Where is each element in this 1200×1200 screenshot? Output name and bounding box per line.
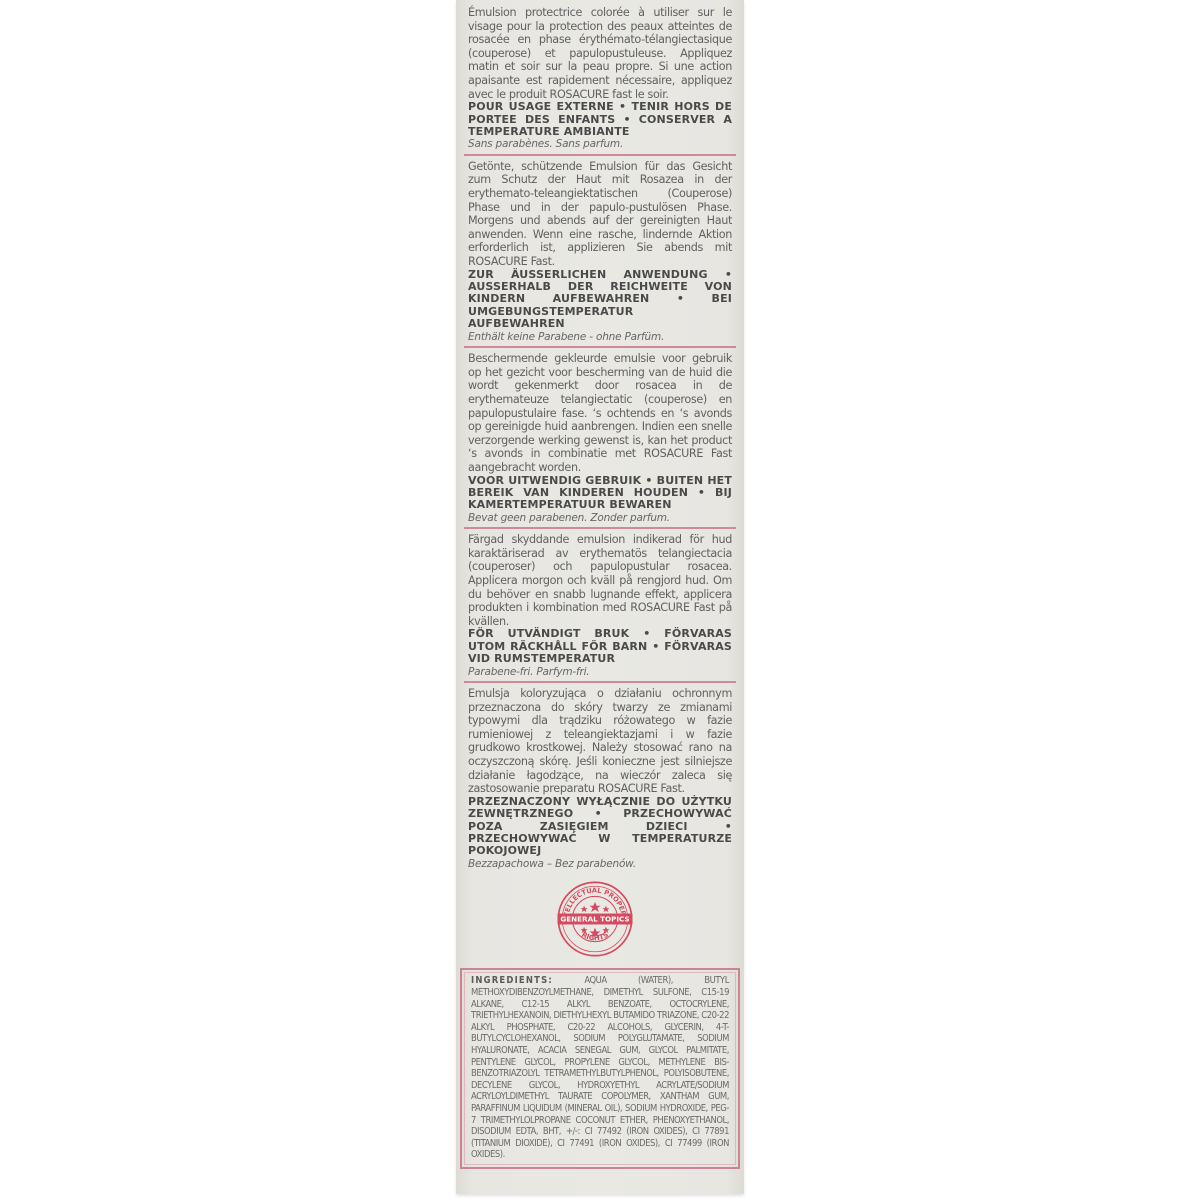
section-divider [464,346,736,348]
ingredients-label: INGREDIENTS: [471,975,553,986]
stamp-center-text: GENERAL TOPICS [560,915,629,924]
formula-note: Parabene-fri. Parfym-fri. [468,666,732,679]
section-german: Getönte, schützende Emulsion für das Ges… [468,160,732,348]
section-polish: Emulsja koloryzująca o działaniu ochronn… [468,687,732,870]
formula-note: Sans parabènes. Sans parfum. [468,138,732,151]
ingredients-list: AQUA (WATER), BUTYL METHOXYDIBENZOYLMETH… [471,975,729,1160]
star-seal-icon: INTELLECTUAL PROPERTY RIGHTS GENERAL TOP… [556,880,634,958]
page: Émulsion protectrice colorée à utiliser … [0,0,1200,1200]
usage-description: Getönte, schützende Emulsion für das Ges… [468,160,732,269]
safety-warning: ZUR ÄUSSERLICHEN ANWENDUNG • AUSSERHALB … [468,269,732,331]
section-swedish: Färgad skyddande emulsion indikerad för … [468,533,732,683]
usage-description: Färgad skyddande emulsion indikerad för … [468,533,732,628]
usage-description: Emulsja koloryzująca o działaniu ochronn… [468,687,732,796]
usage-description: Émulsion protectrice colorée à utiliser … [468,6,732,101]
formula-note: Bezzapachowa – Bez parabenów. [468,858,732,871]
safety-warning: FÖR UTVÄNDIGT BRUK • FÖRVARAS UTOM RÄCKH… [468,628,732,665]
safety-warning: VOOR UITWENDIG GEBRUIK • BUITEN HET BERE… [468,475,732,512]
section-divider [464,681,736,683]
safety-warning: PRZEZNACZONY WYŁĄCZNIE DO UŻYTKU ZEWNĘTR… [468,796,732,858]
usage-description: Beschermende gekleurde emulsie voor gebr… [468,352,732,474]
section-divider [464,154,736,156]
formula-note: Bevat geen parabenen. Zonder parfum. [468,512,732,525]
panel-content: Émulsion protectrice colorée à utiliser … [468,6,732,1169]
package-side-panel: Émulsion protectrice colorée à utiliser … [456,0,744,1194]
formula-note: Enthält keine Parabene - ohne Parfüm. [468,331,732,344]
section-dutch: Beschermende gekleurde emulsie voor gebr… [468,352,732,529]
stamp-area: INTELLECTUAL PROPERTY RIGHTS GENERAL TOP… [468,876,732,968]
safety-warning: POUR USAGE EXTERNE • TENIR HORS DE PORTE… [468,101,732,138]
section-french: Émulsion protectrice colorée à utiliser … [468,6,732,156]
section-divider [464,527,736,529]
ingredients-box: INGREDIENTS: AQUA (WATER), BUTYL METHOXY… [460,968,740,1169]
